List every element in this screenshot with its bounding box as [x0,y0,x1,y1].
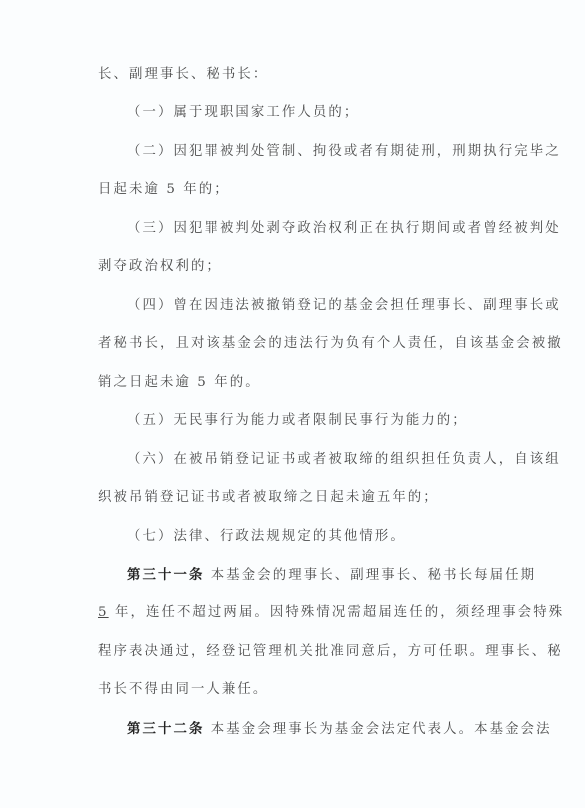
term-years: 5 [98,605,109,620]
document-page: 长、副理事长、秘书长： （一）属于现职国家工作人员的； （二）因犯罪被判处管制、… [0,0,585,808]
article-31-heading: 第三十一条 [127,567,204,583]
list-item-5: （五）无民事行为能力或者限制民事行为能力的； [127,412,547,430]
text-line: 销之日起未逾 5 年的。 [98,374,518,392]
list-item-2: （二）因犯罪被判处管制、拘役或者有期徒刑，刑期执行完毕之 [127,143,547,161]
text-line: 剥夺政治权利的； [98,258,518,276]
text-line: 者秘书长，且对该基金会的违法行为负有个人责任，自该基金会被撤 [98,335,518,353]
text-line: 长、副理事长、秘书长： [98,66,518,84]
list-item-3: （三）因犯罪被判处剥夺政治权利正在执行期间或者曾经被判处 [127,220,547,238]
list-item-1: （一）属于现职国家工作人员的； [127,104,547,122]
article-31-text: 本基金会的理事长、副理事长、秘书长每届任期 [204,568,536,583]
article-31-line1: 第三十一条 本基金会的理事长、副理事长、秘书长每届任期 [127,566,547,585]
article-31-line3: 程序表决通过，经登记管理机关批准同意后，方可任职。理事长、秘 [98,643,518,661]
article-32-text: 本基金会理事长为基金会法定代表人。本基金会法 [204,722,551,737]
article-32-line1: 第三十二条 本基金会理事长为基金会法定代表人。本基金会法 [127,720,547,739]
article-31-line2: 5 年，连任不超过两届。因特殊情况需超届连任的，须经理事会特殊 [98,604,518,622]
article-31-line4: 书长不得由同一人兼任。 [98,681,518,699]
text-line: 日起未逾 5 年的； [98,181,518,199]
article-31-text: 年，连任不超过两届。因特殊情况需超届连任的，须经理事会特殊 [109,605,565,620]
text-line: 织被吊销登记证书或者被取缔之日起未逾五年的； [98,489,518,507]
list-item-7: （七）法律、行政法规规定的其他情形。 [127,528,547,546]
list-item-6: （六）在被吊销登记证书或者被取缔的组织担任负责人，自该组 [127,451,547,469]
article-32-heading: 第三十二条 [127,721,204,737]
list-item-4: （四）曾在因违法被撤销登记的基金会担任理事长、副理事长或 [127,297,547,315]
